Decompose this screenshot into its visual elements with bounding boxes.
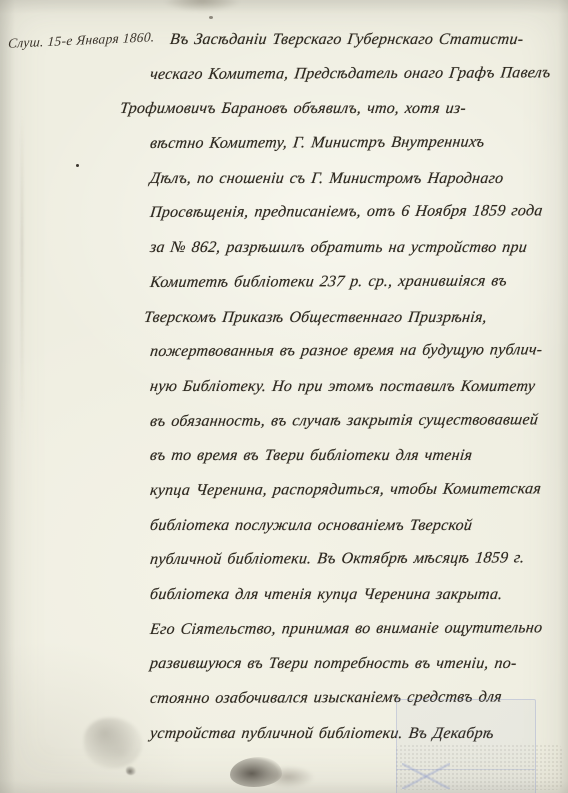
manuscript-line: пожертвованныя въ разное время на будущу… <box>148 333 564 369</box>
top-edge-smudge <box>163 0 241 12</box>
manuscript-line: библіотека для чтенія купца Черенина зак… <box>148 578 564 613</box>
bottom-left-smudge <box>84 718 142 768</box>
manuscript-line: въ обязанность, въ случаѣ закрытія сущес… <box>148 403 564 439</box>
manuscript-line: Дѣлъ, по сношеніи съ Г. Министромъ Народ… <box>148 162 564 197</box>
manuscript-line: Въ Засѣданіи Тверскаго Губернскаго Стати… <box>168 23 564 58</box>
manuscript-text: Въ Засѣданіи Тверскаго Губернскаго Стати… <box>0 23 562 751</box>
manuscript-line: Комитетѣ библіотеки 237 р. ср., хранивші… <box>148 264 564 300</box>
manuscript-line: Просвѣщенія, предписаніемъ, отъ 6 Ноября… <box>148 195 564 231</box>
manuscript-line: ную Библіотеку. Но при этомъ поставилъ К… <box>148 370 564 405</box>
manuscript-line: въ то время въ Твери библіотеки для чтен… <box>148 439 564 474</box>
manuscript-line: купца Черенина, распорядиться, чтобы Ком… <box>148 472 564 508</box>
small-ink-mark <box>126 766 136 775</box>
manuscript-line: развившуюся въ Твери потребность въ чтен… <box>148 647 564 682</box>
ink-blot-halo <box>262 766 314 788</box>
ink-speck <box>209 16 213 19</box>
manuscript-line: Его Сіятельство, принимая во вниманіе ощ… <box>148 611 564 647</box>
manuscript-line: Тверскомъ Приказѣ Общественнаго Призрѣні… <box>142 301 564 336</box>
manuscript-line: за № 862, разрѣшилъ обратить на устройст… <box>148 231 564 266</box>
archive-stamp <box>396 699 536 793</box>
manuscript-line: ческаго Комитета, Предсѣдатель онаго Гра… <box>148 56 564 92</box>
manuscript-line: вѣстно Комитету, Г. Министръ Внутреннихъ <box>148 125 564 161</box>
manuscript-page: Слуш. 15-е Января 1860. Въ Засѣданіи Тве… <box>0 0 568 793</box>
manuscript-line: публичной библіотеки. Въ Октябрѣ мѣсяцѣ … <box>148 542 564 578</box>
ink-speck <box>76 164 79 167</box>
manuscript-line: Трофимовичъ Барановъ объявилъ, что, хотя… <box>118 92 564 127</box>
manuscript-line: библіотека послужила основаніемъ Тверско… <box>148 509 564 544</box>
